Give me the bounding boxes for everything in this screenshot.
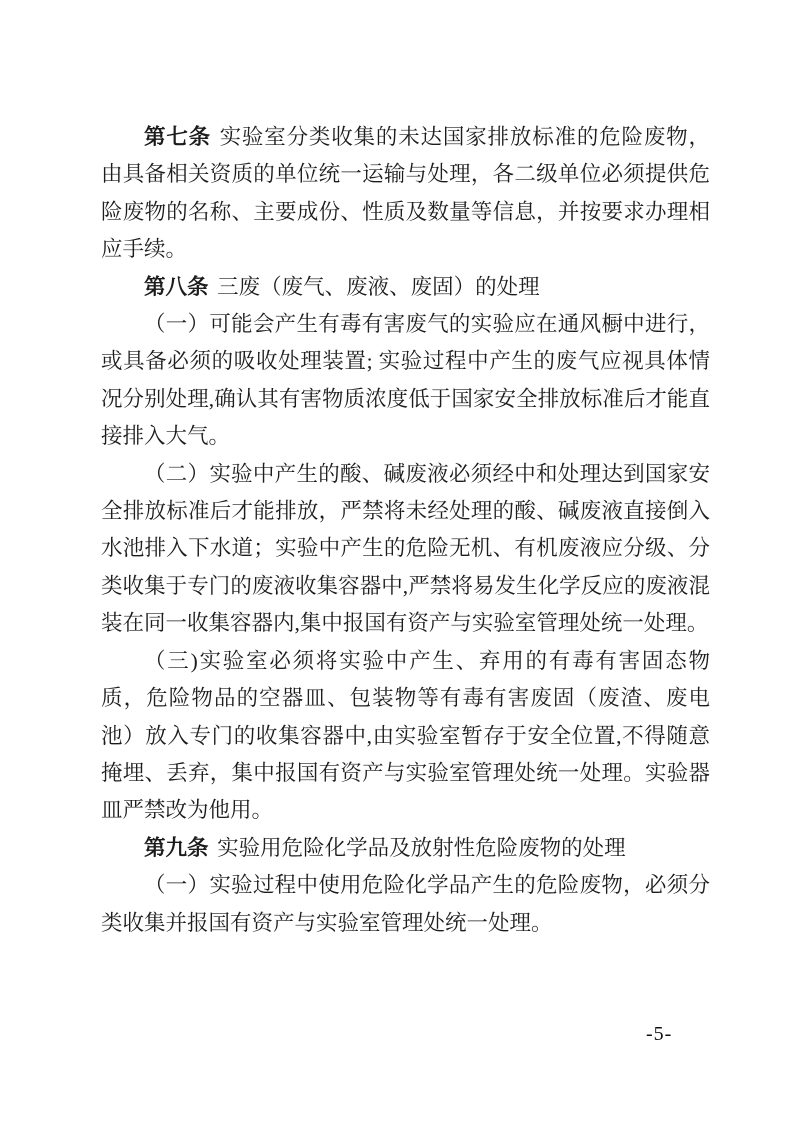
paragraph-text: （一）实验过程中使用危险化学品产生的危险废物，必须分类收集并报国有资产与实验室管… (101, 873, 710, 934)
paragraph: （三)实验室必须将实验中产生、弃用的有毒有害固态物质，危险物品的空器皿、包装物等… (101, 643, 710, 830)
document-body: 第七条实验室分类收集的未达国家排放标准的危险废物，由具备相关资质的单位统一运输与… (101, 119, 710, 942)
paragraph: （一）实验过程中使用危险化学品产生的危险废物，必须分类收集并报国有资产与实验室管… (101, 867, 710, 942)
paragraph-text: 实验用危险化学品及放射性危险废物的处理 (217, 836, 626, 860)
paragraph-text: 三废（废气、废液、废固）的处理 (217, 275, 540, 299)
paragraph: 第七条实验室分类收集的未达国家排放标准的危险废物，由具备相关资质的单位统一运输与… (101, 119, 710, 269)
paragraph: （一）可能会产生有毒有害废气的实验应在通风橱中进行，或具备必须的吸收处理装置; … (101, 306, 710, 456)
section-label: 第七条 (144, 125, 211, 149)
paragraph-text: （二）实验中产生的酸、碱废液必须经中和处理达到国家安全排放标准后才能排放，严禁将… (101, 462, 710, 636)
document-page: 第七条实验室分类收集的未达国家排放标准的危险废物，由具备相关资质的单位统一运输与… (0, 0, 793, 1122)
paragraph: 第八条三废（废气、废液、废固）的处理 (101, 269, 710, 306)
paragraph-text: （一）可能会产生有毒有害废气的实验应在通风橱中进行，或具备必须的吸收处理装置; … (101, 312, 710, 448)
paragraph: 第九条实验用危险化学品及放射性危险废物的处理 (101, 830, 710, 867)
paragraph-text: （三)实验室必须将实验中产生、弃用的有毒有害固态物质，危险物品的空器皿、包装物等… (101, 649, 710, 823)
paragraph: （二）实验中产生的酸、碱废液必须经中和处理达到国家安全排放标准后才能排放，严禁将… (101, 456, 710, 643)
page-number: -5- (646, 1021, 672, 1047)
section-label: 第九条 (144, 836, 209, 860)
section-label: 第八条 (144, 275, 209, 299)
